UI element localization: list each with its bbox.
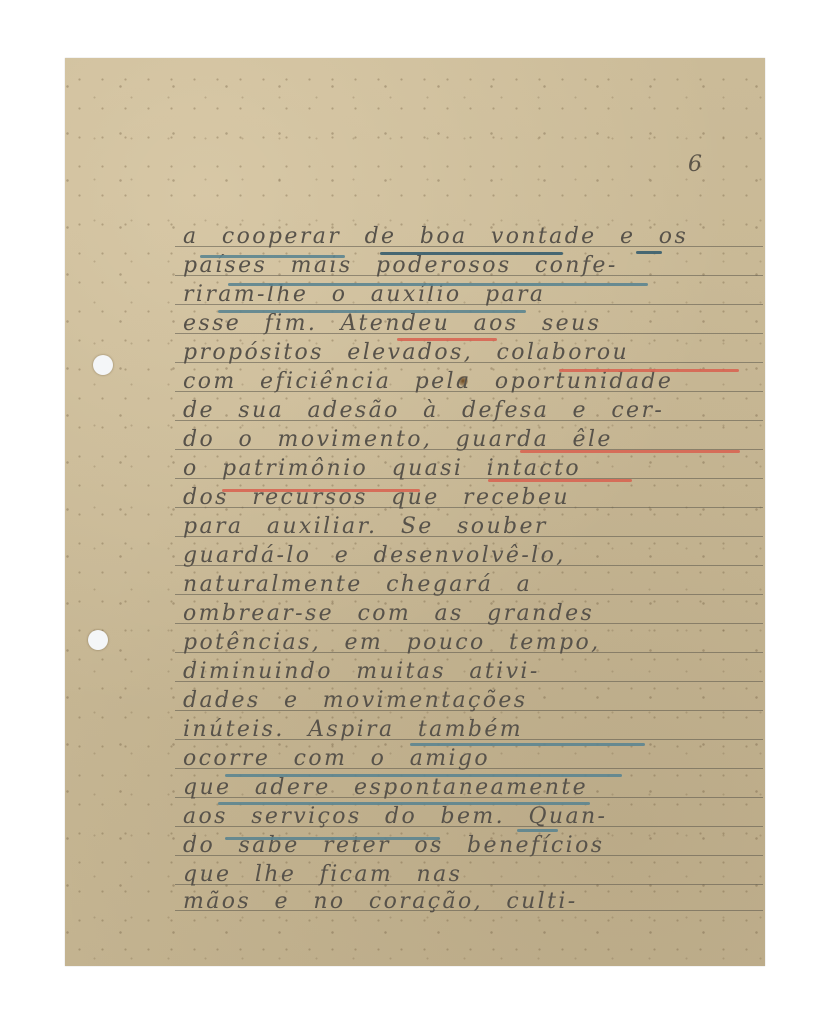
manuscript-page: 6 a cooperar de boa vontade e os países …	[65, 58, 765, 966]
handwritten-line: de sua adesão à defesa e cer-	[183, 398, 763, 427]
handwritten-line: naturalmente chegará a	[183, 572, 763, 601]
handwritten-line: inúteis. Aspira também	[183, 717, 763, 746]
blue-underline	[410, 743, 645, 746]
handwritten-line: guardá-lo e desenvolvê-lo,	[183, 543, 763, 572]
handwritten-line: para auxiliar. Se souber	[183, 514, 763, 543]
binder-hole-top	[93, 355, 113, 375]
blue-underline	[225, 837, 440, 840]
red-underline	[222, 489, 420, 492]
handwritten-line: mãos e no coração, culti-	[183, 889, 763, 918]
handwritten-line: que lhe ficam nas	[183, 862, 763, 891]
red-underline	[559, 369, 739, 372]
blue-underline	[218, 310, 526, 313]
blue-underline	[517, 829, 558, 832]
red-underline	[397, 338, 497, 341]
blue-underline	[218, 802, 590, 805]
handwritten-line: a cooperar de boa vontade e os	[183, 224, 763, 253]
red-underline	[520, 450, 740, 453]
binder-hole-bottom	[88, 630, 108, 650]
handwritten-line: aos serviços do bem. Quan-	[183, 804, 763, 833]
handwritten-line: que adere espontaneamente	[183, 775, 763, 804]
handwritten-line: ombrear-se com as grandes	[183, 601, 763, 630]
handwritten-line: esse fim. Atendeu aos seus	[183, 311, 763, 340]
red-underline	[488, 479, 632, 482]
dark-blue-underline	[636, 251, 662, 254]
handwritten-line: riram-lhe o auxílio para	[183, 282, 763, 311]
handwritten-line: diminuindo muitas ativi-	[183, 659, 763, 688]
blue-underline	[225, 774, 622, 777]
page-number: 6	[688, 152, 702, 177]
handwritten-line: propósitos elevados, colaborou	[183, 340, 763, 369]
handwritten-line: dades e movimentações	[183, 688, 763, 717]
dark-blue-underline	[380, 252, 563, 255]
handwritten-line: o patrimônio quasi intacto	[183, 456, 763, 485]
blue-underline	[200, 255, 345, 258]
handwritten-line: potências, em pouco tempo,	[183, 630, 763, 659]
blue-underline	[228, 283, 648, 286]
handwritten-line: com eficiência pela oportunidade	[183, 369, 763, 398]
handwritten-line: ocorre com o amigo	[183, 746, 763, 775]
